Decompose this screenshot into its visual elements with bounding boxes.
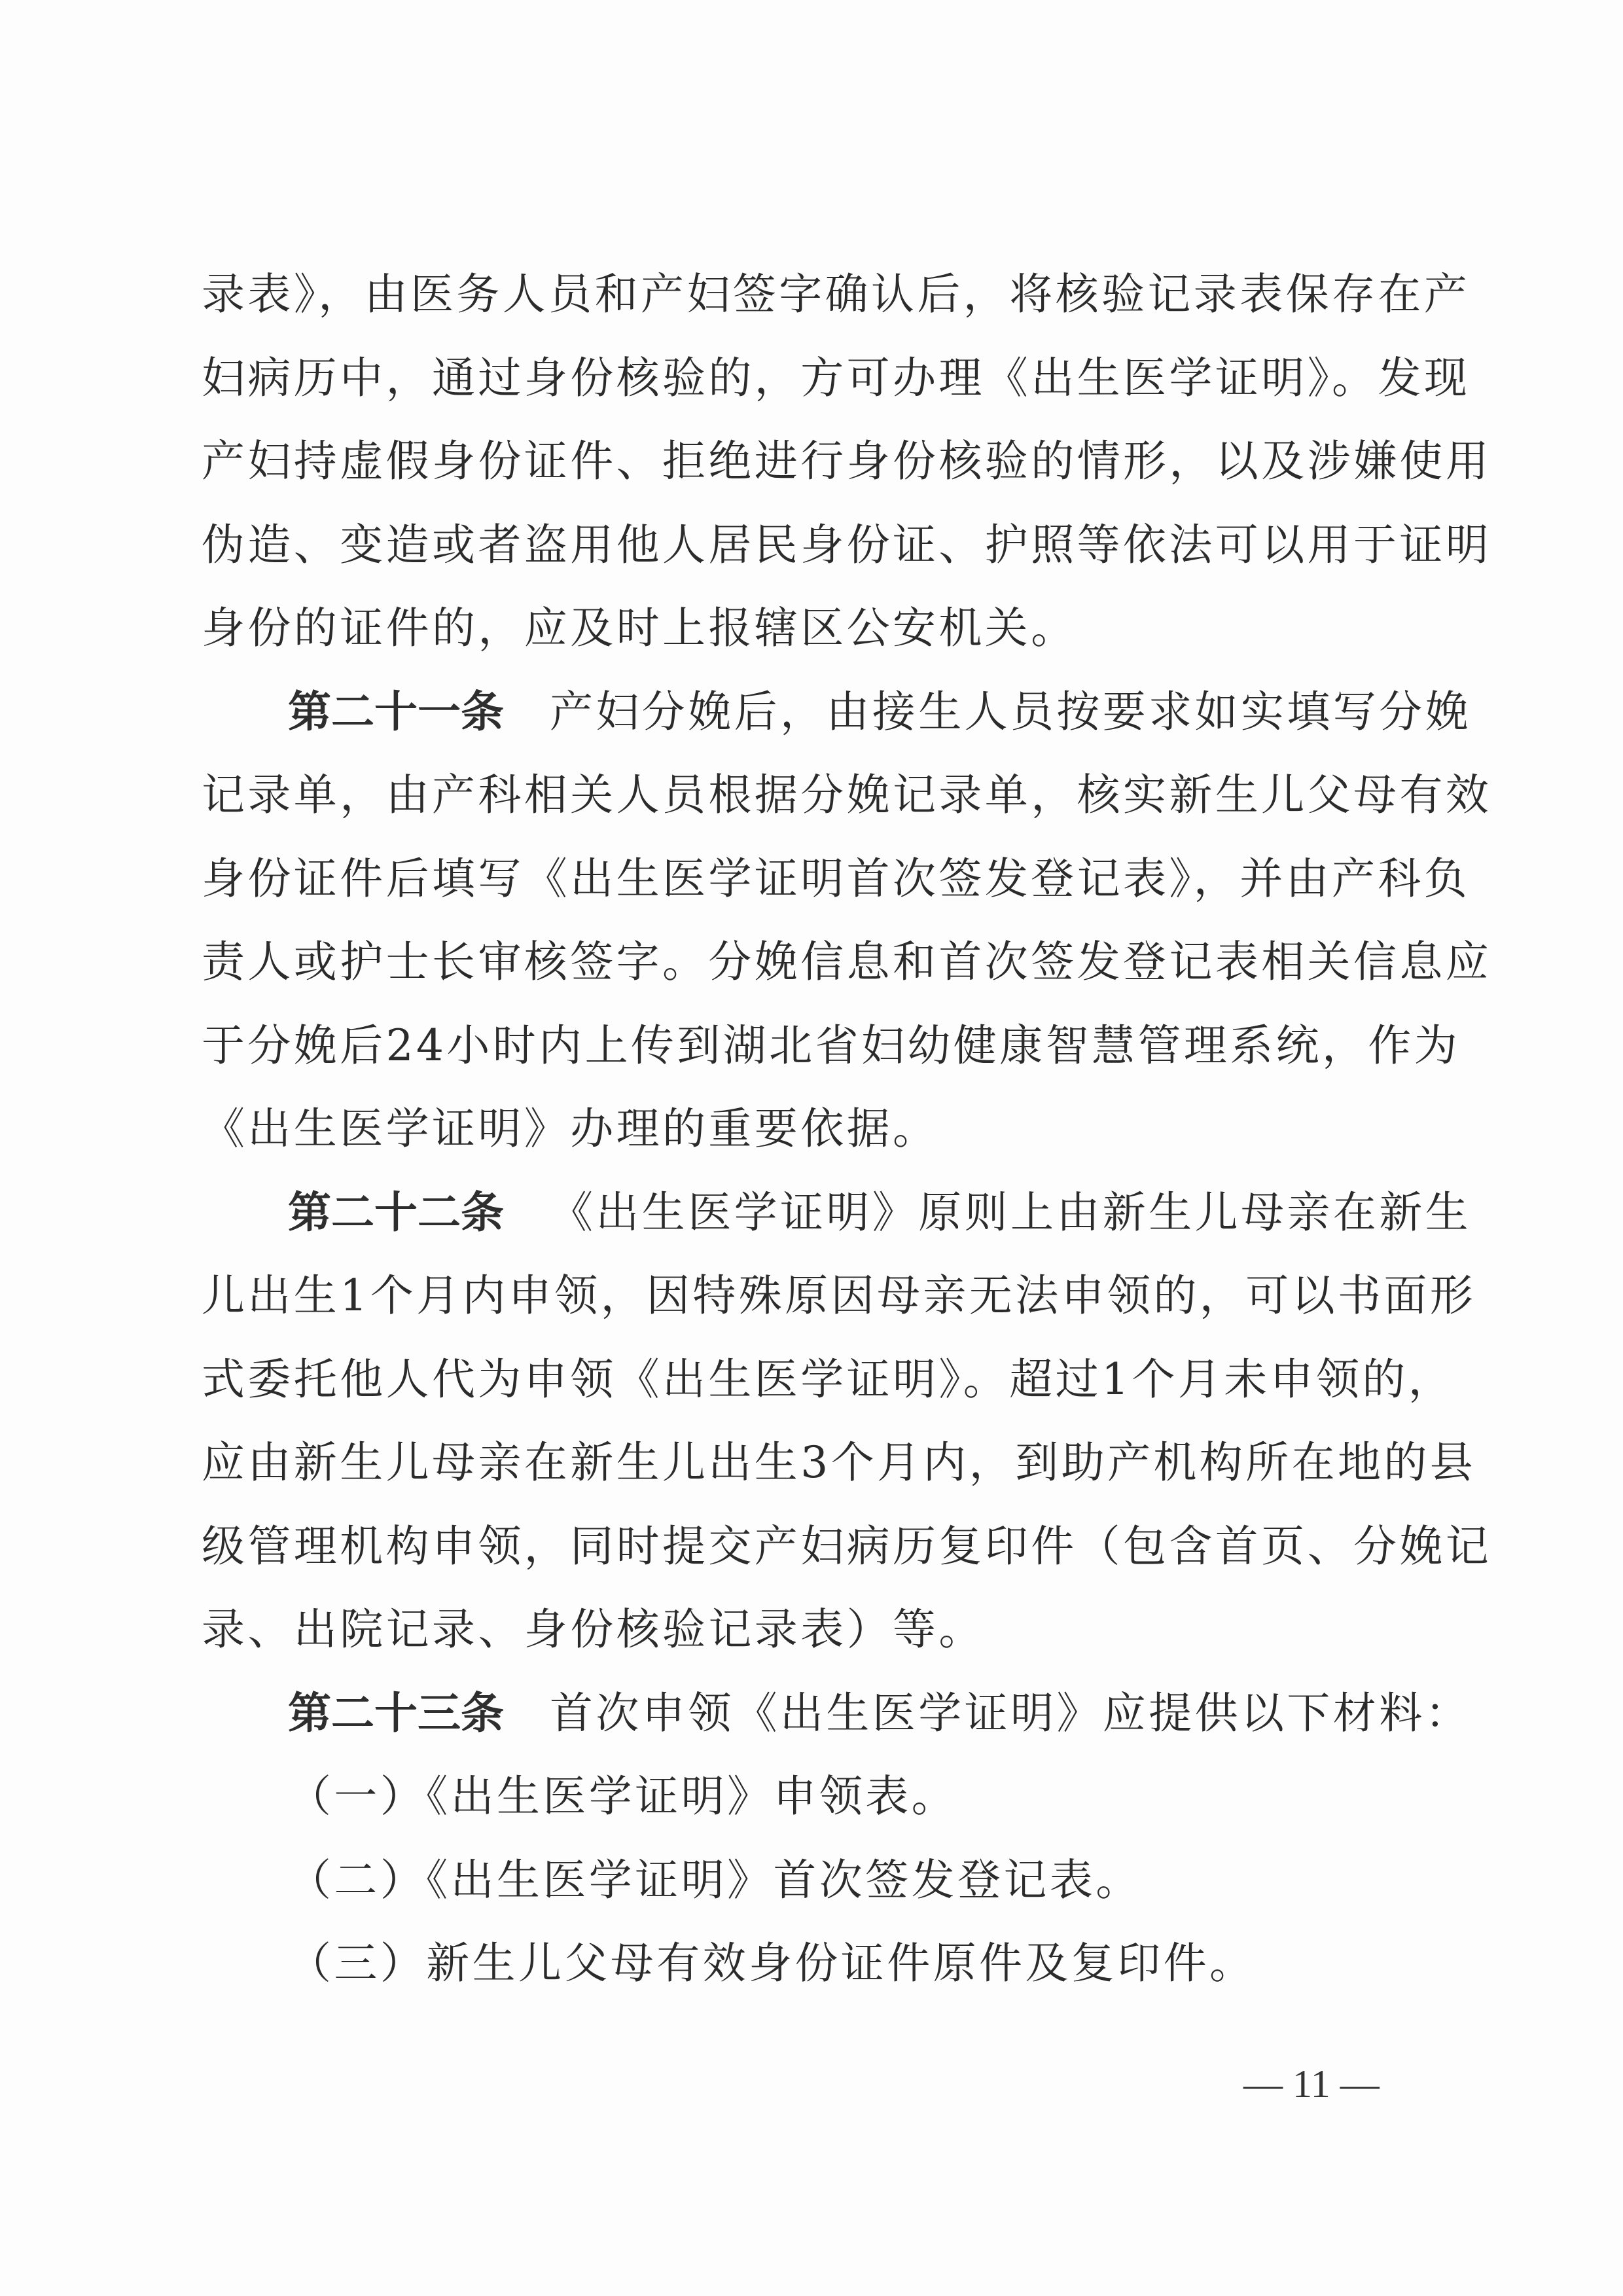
- text-line: 产妇持虚假身份证件、拒绝进行身份核验的情形，以及涉嫌使用: [202, 420, 1406, 503]
- text-line: 录表》，由医务人员和产妇签字确认后，将核验记录表保存在产: [202, 253, 1406, 336]
- paragraph-article-23: 第二十三条 首次申领《出生医学证明》应提供以下材料：: [202, 1672, 1406, 1755]
- article-text: 产妇分娩后，由接生人员按要求如实填写分娩: [550, 670, 1471, 754]
- text-line: 第二十二条 《出生医学证明》原则上由新生儿母亲在新生: [202, 1171, 1406, 1255]
- list-item: （一）《出生医学证明》申领表。: [202, 1755, 1406, 1839]
- document-page: 录表》，由医务人员和产妇签字确认后，将核验记录表保存在产 妇病历中，通过身份核验…: [0, 0, 1623, 2296]
- text-line: 儿出生1个月内申领，因特殊原因母亲无法申领的，可以书面形: [202, 1254, 1406, 1338]
- materials-list: （一）《出生医学证明》申领表。 （二）《出生医学证明》首次签发登记表。 （三）新…: [202, 1755, 1406, 2005]
- text-line: 第二十一条 产妇分娩后，由接生人员按要求如实填写分娩: [202, 670, 1406, 754]
- article-text: 首次申领《出生医学证明》应提供以下材料：: [550, 1672, 1471, 1755]
- page-number: — 11 —: [1243, 2062, 1380, 2107]
- text-line: 身份的证件的，应及时上报辖区公安机关。: [202, 586, 1406, 670]
- text-line: 录、出院记录、身份核验记录表）等。: [202, 1588, 1406, 1672]
- text-line: 应由新生儿母亲在新生儿出生3个月内，到助产机构所在地的县: [202, 1421, 1406, 1505]
- text-line: 第二十三条 首次申领《出生医学证明》应提供以下材料：: [202, 1672, 1406, 1755]
- paragraph-article-21: 第二十一条 产妇分娩后，由接生人员按要求如实填写分娩 记录单，由产科相关人员根据…: [202, 670, 1406, 1171]
- text-line: 责人或护士长审核签字。分娩信息和首次签发登记表相关信息应: [202, 920, 1406, 1004]
- text-line: 级管理机构申领，同时提交产妇病历复印件（包含首页、分娩记: [202, 1505, 1406, 1588]
- paragraph-article-22: 第二十二条 《出生医学证明》原则上由新生儿母亲在新生 儿出生1个月内申领，因特殊…: [202, 1171, 1406, 1672]
- text-line: 身份证件后填写《出生医学证明首次签发登记表》，并由产科负: [202, 837, 1406, 921]
- text-line: 于分娩后24小时内上传到湖北省妇幼健康智慧管理系统，作为: [202, 1004, 1406, 1088]
- paragraph-article-20-continuation: 录表》，由医务人员和产妇签字确认后，将核验记录表保存在产 妇病历中，通过身份核验…: [202, 253, 1406, 670]
- text-line: 伪造、变造或者盗用他人居民身份证、护照等依法可以用于证明: [202, 503, 1406, 587]
- text-line: 《出生医学证明》办理的重要依据。: [202, 1087, 1406, 1171]
- article-number: 第二十一条: [288, 670, 504, 754]
- list-item: （二）《出生医学证明》首次签发登记表。: [202, 1839, 1406, 1922]
- text-line: 妇病历中，通过身份核验的，方可办理《出生医学证明》。发现: [202, 336, 1406, 420]
- text-line: 式委托他人代为申领《出生医学证明》。超过1个月未申领的，: [202, 1338, 1406, 1422]
- text-line: 记录单，由产科相关人员根据分娩记录单，核实新生儿父母有效: [202, 753, 1406, 837]
- article-text: 《出生医学证明》原则上由新生儿母亲在新生: [550, 1171, 1471, 1255]
- article-number: 第二十三条: [288, 1672, 504, 1755]
- body-text: 录表》，由医务人员和产妇签字确认后，将核验记录表保存在产 妇病历中，通过身份核验…: [202, 253, 1406, 2005]
- article-number: 第二十二条: [288, 1171, 504, 1255]
- list-item: （三）新生儿父母有效身份证件原件及复印件。: [202, 1922, 1406, 2005]
